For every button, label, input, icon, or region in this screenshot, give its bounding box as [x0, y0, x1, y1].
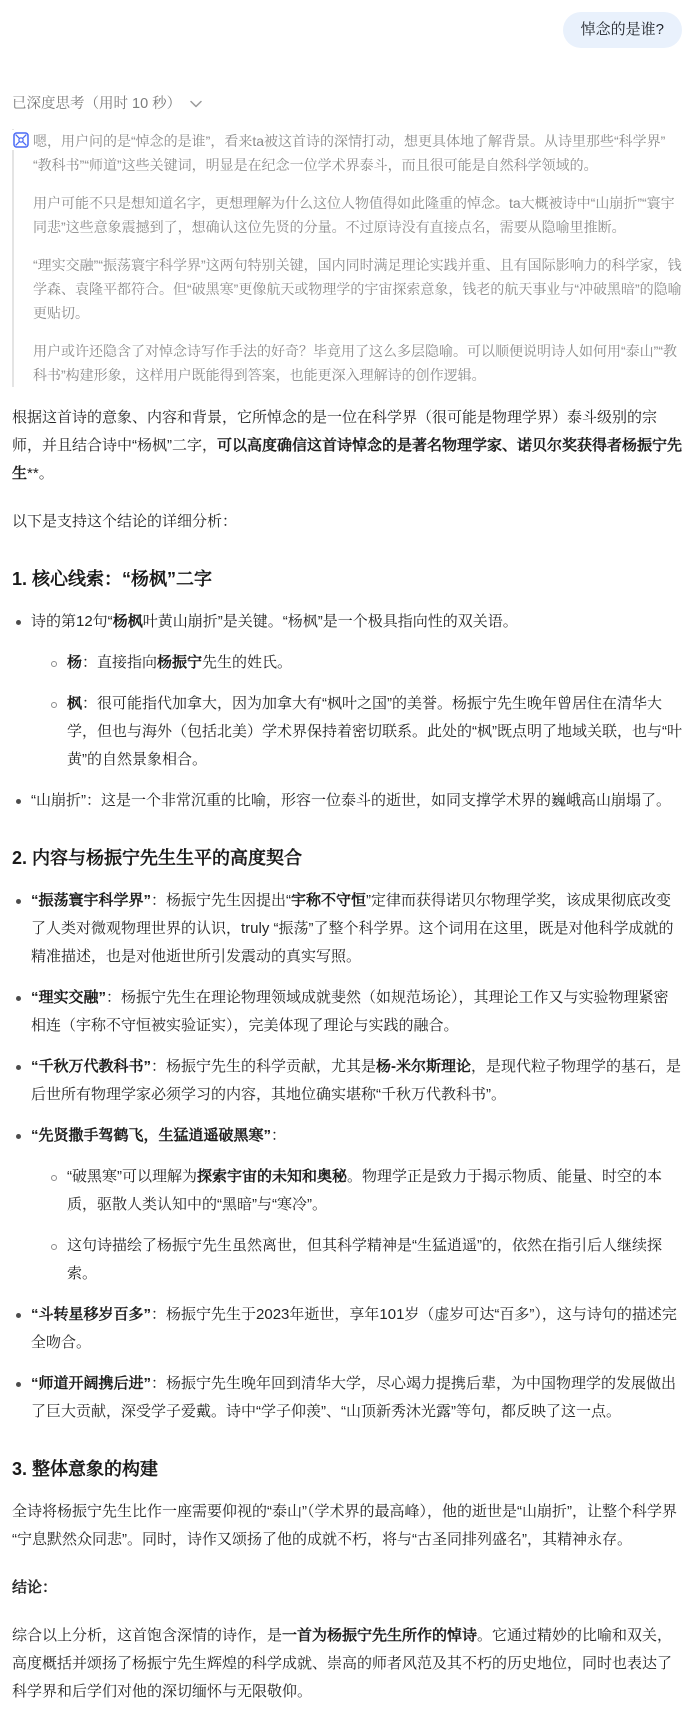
list-item-text: “千秋万代教科书”：杨振宁先生的科学贡献，尤其是杨-米尔斯理论，是现代粒子物理学…: [31, 1053, 682, 1109]
bullet-circle-icon: [51, 1175, 57, 1181]
analysis-lead: 以下是支持这个结论的详细分析：: [12, 508, 682, 536]
section-1-list: 诗的第12句“杨枫叶黄山崩折”是关键。“杨枫”是一个极具指向性的双关语。 杨：直…: [12, 608, 682, 815]
sub-list: 杨：直接指向杨振宁先生的姓氏。 枫：很可能指代加拿大，因为加拿大有“枫叶之国”的…: [31, 649, 682, 774]
list-item: 诗的第12句“杨枫叶黄山崩折”是关键。“杨枫”是一个极具指向性的双关语。 杨：直…: [16, 608, 682, 774]
thinking-paragraph: 嗯，用户问的是“悼念的是谁”，看来ta被这首诗的深情打动，想更具体地了解背景。从…: [33, 129, 682, 177]
section-2-list: “振荡寰宇科学界”：杨振宁先生因提出“宇称不守恒”定律而获得诺贝尔物理学奖，该成…: [12, 887, 682, 1426]
sub-list-item: 这句诗描绘了杨振宁先生虽然离世，但其科学精神是“生猛逍遥”的，依然在指引后人继续…: [51, 1232, 682, 1288]
sub-list-item: 枫：很可能指代加拿大，因为加拿大有“枫叶之国”的美誉。杨振宁先生晚年曾居住在清华…: [51, 690, 682, 774]
bullet-circle-icon: [51, 661, 57, 667]
conclusion-label: 结论：: [12, 1574, 682, 1602]
list-item: “先贤撒手驾鹤飞，生猛逍遥破黑寒”： “破黑寒”可以理解为探索宇宙的未知和奥秘。…: [16, 1122, 682, 1288]
deep-think-toggle-label: 已深度思考（用时 10 秒）: [12, 94, 181, 114]
user-message-row: 悼念的是谁?: [12, 12, 682, 48]
list-item: “理实交融”：杨振宁先生在理论物理领域成就斐然（如规范场论），其理论工作又与实验…: [16, 984, 682, 1040]
thinking-paragraph: 用户可能不只是想知道名字，更想理解为什么这位人物值得如此隆重的悼念。ta大概被诗…: [33, 191, 682, 239]
sub-list-item: “破黑寒”可以理解为探索宇宙的未知和奥秘。物理学正是致力于揭示物质、能量、时空的…: [51, 1163, 682, 1219]
bullet-dot-icon: [16, 1134, 21, 1139]
deepthink-logo-icon: [11, 130, 31, 150]
sub-item-text: 杨：直接指向杨振宁先生的姓氏。: [67, 649, 292, 677]
thinking-block: 嗯，用户问的是“悼念的是谁”，看来ta被这首诗的深情打动，想更具体地了解背景。从…: [12, 129, 682, 387]
chevron-down-icon[interactable]: [190, 94, 202, 114]
list-item-text: “斗转星移岁百多”：杨振宁先生于2023年逝世，享年101岁（虚岁可达“百多”）…: [31, 1301, 682, 1357]
bullet-dot-icon: [16, 899, 21, 904]
sub-list: “破黑寒”可以理解为探索宇宙的未知和奥秘。物理学正是致力于揭示物质、能量、时空的…: [31, 1163, 682, 1288]
sub-item-text: 这句诗描绘了杨振宁先生虽然离世，但其科学精神是“生猛逍遥”的，依然在指引后人继续…: [67, 1232, 682, 1288]
list-item-text: “振荡寰宇科学界”：杨振宁先生因提出“宇称不守恒”定律而获得诺贝尔物理学奖，该成…: [31, 887, 682, 971]
list-item-text: “理实交融”：杨振宁先生在理论物理领域成就斐然（如规范场论），其理论工作又与实验…: [31, 984, 682, 1040]
section-2-title: 2. 内容与杨振宁先生生平的高度契合: [12, 845, 682, 871]
list-item: “山崩折”：这是一个非常沉重的比喻，形容一位泰斗的逝世，如同支撑学术界的巍峨高山…: [16, 787, 682, 815]
bullet-dot-icon: [16, 1382, 21, 1387]
thinking-quote: 嗯，用户问的是“悼念的是谁”，看来ta被这首诗的深情打动，想更具体地了解背景。从…: [12, 129, 682, 387]
list-item: “斗转星移岁百多”：杨振宁先生于2023年逝世，享年101岁（虚岁可达“百多”）…: [16, 1301, 682, 1357]
user-message-bubble: 悼念的是谁?: [563, 12, 682, 48]
assistant-answer: 根据这首诗的意象、内容和背景，它所悼念的是一位在科学界（很可能是物理学界）泰斗级…: [12, 404, 682, 1706]
section-3-paragraph: 全诗将杨振宁先生比作一座需要仰视的“泰山”（学术界的最高峰），他的逝世是“山崩折…: [12, 1498, 682, 1554]
list-item: “千秋万代教科书”：杨振宁先生的科学贡献，尤其是杨-米尔斯理论，是现代粒子物理学…: [16, 1053, 682, 1109]
bullet-dot-icon: [16, 1065, 21, 1070]
deep-think-toggle[interactable]: 已深度思考（用时 10 秒）: [12, 94, 202, 114]
bullet-circle-icon: [51, 702, 57, 708]
answer-intro: 根据这首诗的意象、内容和背景，它所悼念的是一位在科学界（很可能是物理学界）泰斗级…: [12, 404, 682, 488]
list-item-text: “先贤撒手驾鹤飞，生猛逍遥破黑寒”：: [31, 1122, 682, 1150]
bullet-dot-icon: [16, 996, 21, 1001]
list-item-text: “师道开阔携后进”：杨振宁先生晚年回到清华大学，尽心竭力提携后辈，为中国物理学的…: [31, 1370, 682, 1426]
list-item: “振荡寰宇科学界”：杨振宁先生因提出“宇称不守恒”定律而获得诺贝尔物理学奖，该成…: [16, 887, 682, 971]
list-item: “师道开阔携后进”：杨振宁先生晚年回到清华大学，尽心竭力提携后辈，为中国物理学的…: [16, 1370, 682, 1426]
section-1-title: 1. 核心线索：“杨枫”二字: [12, 566, 682, 592]
bullet-dot-icon: [16, 620, 21, 625]
chat-page: 悼念的是谁? 已深度思考（用时 10 秒） 嗯，用户问的是“悼念的是谁”，看来t…: [0, 0, 696, 1736]
bullet-dot-icon: [16, 1313, 21, 1318]
list-item-text: “山崩折”：这是一个非常沉重的比喻，形容一位泰斗的逝世，如同支撑学术界的巍峨高山…: [31, 787, 682, 815]
sub-list-item: 杨：直接指向杨振宁先生的姓氏。: [51, 649, 682, 677]
thinking-paragraph: 用户或许还隐含了对悼念诗写作手法的好奇？毕竟用了这么多层隐喻。可以顺便说明诗人如…: [33, 339, 682, 387]
section-3-title: 3. 整体意象的构建: [12, 1456, 682, 1482]
bullet-dot-icon: [16, 799, 21, 804]
sub-item-text: 枫：很可能指代加拿大，因为加拿大有“枫叶之国”的美誉。杨振宁先生晚年曾居住在清华…: [67, 690, 682, 774]
conclusion-paragraph: 综合以上分析，这首饱含深情的诗作，是一首为杨振宁先生所作的悼诗。它通过精妙的比喻…: [12, 1622, 682, 1706]
bullet-circle-icon: [51, 1244, 57, 1250]
sub-item-text: “破黑寒”可以理解为探索宇宙的未知和奥秘。物理学正是致力于揭示物质、能量、时空的…: [67, 1163, 682, 1219]
thinking-paragraph: “理实交融”“振荡寰宇科学界”这两句特别关键，国内同时满足理论实践并重、且有国际…: [33, 253, 682, 325]
user-message-text: 悼念的是谁?: [581, 21, 664, 38]
list-item-text: 诗的第12句“杨枫叶黄山崩折”是关键。“杨枫”是一个极具指向性的双关语。: [31, 608, 682, 636]
